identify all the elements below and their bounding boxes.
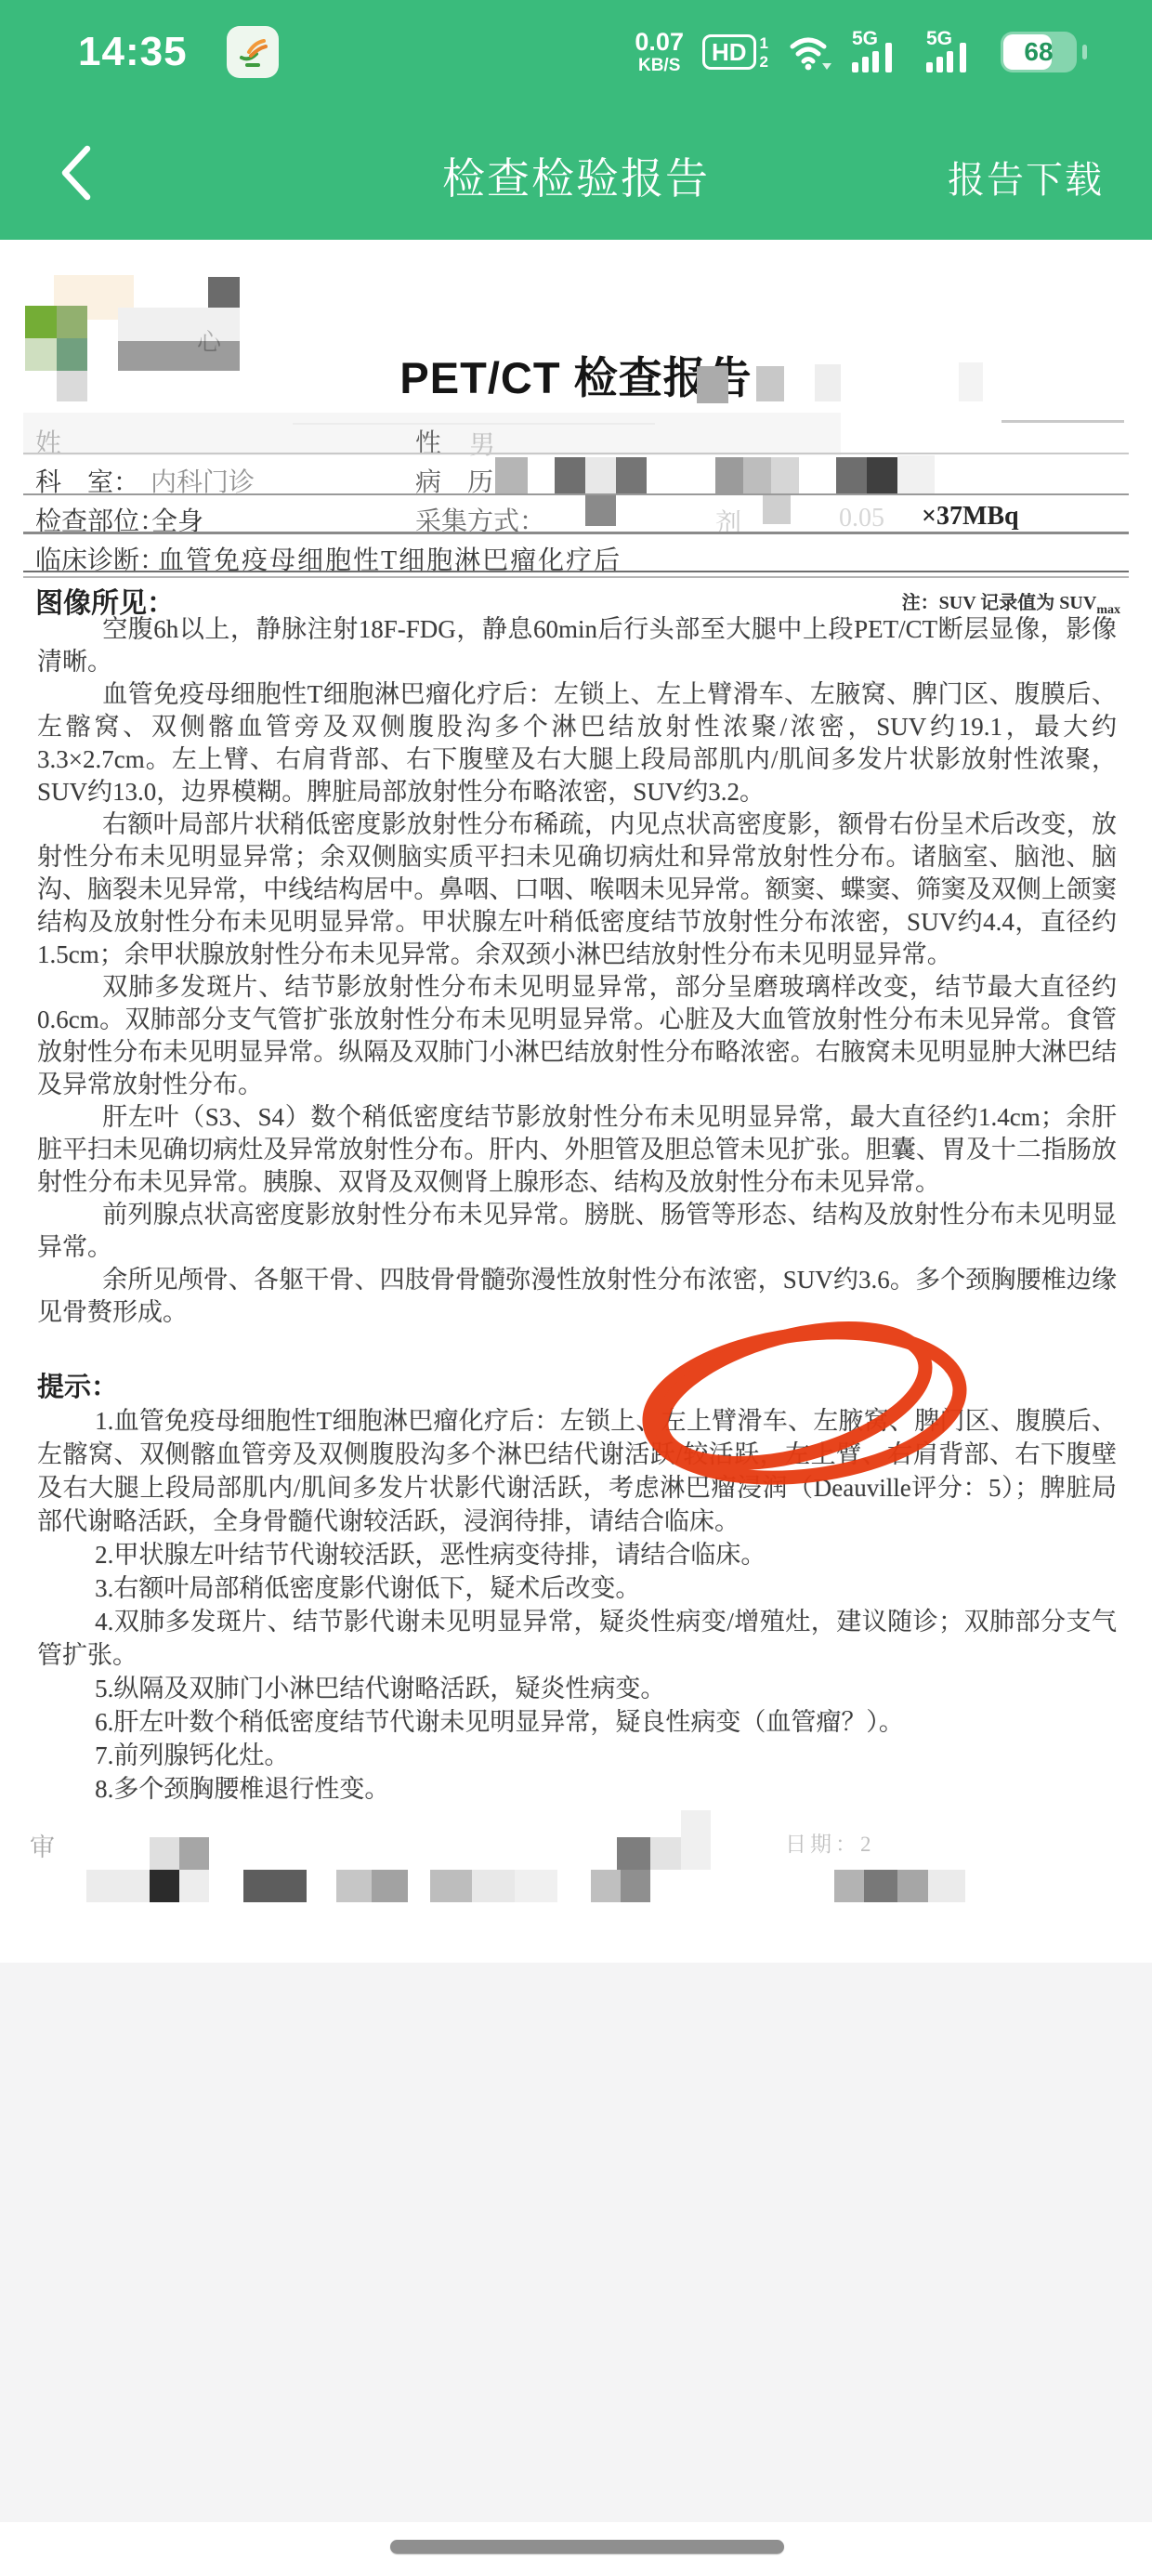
redacted-block: [179, 1870, 209, 1902]
report-page[interactable]: 心 PET/CT 检查报告 姓 性 男 科 室： 内科门诊 病 历: [0, 240, 1152, 1963]
redacted-block: [585, 494, 616, 526]
battery-icon: 68: [1001, 32, 1077, 72]
redacted-block: [897, 455, 935, 494]
wheat-logo-icon: [234, 33, 271, 71]
hospital-logo-leaf: [25, 306, 57, 338]
redacted-block: [208, 277, 240, 309]
finding-paragraph: 前列腺点状高密度影放射性分布未见异常。膀胱、肠管等形态、结构及放射性分布未见明显…: [37, 1199, 1117, 1264]
dose-value: ×37MBq: [922, 502, 1019, 532]
gender-label: 性: [415, 423, 441, 460]
redacted-block: [617, 1837, 650, 1870]
table-double-line: [23, 576, 1129, 578]
name-label: 姓: [35, 423, 61, 460]
finding-paragraph: 空腹6h以上，静脉注射18F-FDG，静息60min后行头部至大腿中上段PET/…: [37, 613, 1117, 678]
impression-item: 8.多个颈胸腰椎退行性变。: [37, 1772, 1117, 1806]
redacted-block: [867, 457, 897, 494]
redacted-block: [372, 1870, 408, 1902]
table-line: [1001, 420, 1124, 423]
reviewer-label: 审: [30, 1827, 55, 1863]
status-indicators: 0.07 KB/S HD 1 2 5G: [635, 30, 1087, 74]
redacted-block: [86, 1870, 150, 1902]
impression-item: 7.前列腺钙化灶。: [37, 1739, 1117, 1772]
gender-value: 男: [469, 425, 495, 462]
battery-percent: 68: [1001, 32, 1077, 72]
home-indicator[interactable]: [390, 2540, 784, 2554]
hd-voice-icon: HD 1 2: [702, 34, 768, 70]
table-line: [23, 453, 1129, 454]
impression-item: 5.纵隔及双肺门小淋巴结代谢略活跃，疑炎性病变。: [37, 1672, 1117, 1705]
redacted-block: [697, 366, 728, 403]
redacted-block: [179, 1837, 209, 1870]
redacted-block: [118, 308, 240, 341]
findings-body: 空腹6h以上，静脉注射18F-FDG，静息60min后行头部至大腿中上段PET/…: [37, 613, 1117, 1806]
finding-paragraph: 血管免疫母细胞性T细胞淋巴瘤化疗后：左锁上、左上臂滑车、左腋窝、脾门区、腹膜后、…: [37, 678, 1117, 808]
redacted-block: [864, 1870, 897, 1902]
redacted-block: [959, 362, 983, 401]
redacted-block: [715, 457, 743, 494]
finding-paragraph: 双肺多发斑片、结节影放射性分布未见明显异常，部分呈磨玻璃样改变，结节最大直径约0…: [37, 971, 1117, 1101]
network-speed: 0.07 KB/S: [635, 30, 684, 74]
wifi-icon: [787, 32, 833, 72]
app-notification-icon: [227, 26, 279, 78]
report-date-fragment: 日期：2: [785, 1827, 875, 1858]
redacted-block: [555, 457, 585, 494]
download-report-button[interactable]: 报告下载: [948, 151, 1104, 204]
redacted-block: [756, 366, 784, 401]
impression-item: 6.肝左叶数个稍低密度结节代谢未见明显异常，疑良性病变（血管瘤？）。: [37, 1705, 1117, 1739]
redacted-block: [621, 1870, 650, 1902]
acq-fragment: 剂: [715, 503, 741, 540]
acq-fragment: 0.05: [839, 504, 884, 533]
redacted-block: [150, 1837, 179, 1870]
redacted-block: [495, 457, 528, 494]
finding-paragraph: 肝左叶（S3、S4）数个稍低密度结节影放射性分布未见明显异常，最大直径约1.4c…: [37, 1101, 1117, 1199]
redacted-block: [834, 1870, 864, 1902]
redacted-block: [430, 1870, 472, 1902]
redacted-block: [585, 457, 616, 494]
impression-item: 2.甲状腺左叶结节代谢较活跃，恶性病变待排，请结合临床。: [37, 1538, 1117, 1571]
redacted-block: [515, 1870, 557, 1902]
impression-item: 3.右额叶局部稍低密度影代谢低下，疑术后改变。: [37, 1571, 1117, 1605]
redacted-block: [243, 1870, 307, 1902]
nav-bar: 检查检验报告 报告下载: [0, 104, 1152, 240]
redacted-block: [928, 1870, 965, 1902]
redacted-block: [771, 457, 799, 494]
redacted-block: [591, 1870, 621, 1902]
signal-sim2-icon: 5G: [926, 30, 982, 74]
table-double-line: [23, 571, 1129, 572]
finding-paragraph: 余所见颅骨、各躯干骨、四肢骨骨髓弥漫性放射性分布浓密，SUV约3.6。多个颈胸腰…: [37, 1264, 1117, 1329]
redacted-block: [472, 1870, 515, 1902]
redacted-block: [743, 457, 771, 494]
table-line: [23, 532, 1129, 534]
signal-sim1-icon: 5G: [852, 30, 908, 74]
redacted-block: [336, 1870, 372, 1902]
page-background: [0, 1963, 1152, 2522]
battery-nub: [1082, 45, 1087, 59]
redacted-block: [815, 364, 841, 401]
redacted-block: [763, 494, 791, 524]
phone-screen: 14:35 0.07 KB/S HD 1 2: [0, 0, 1152, 2576]
redacted-block: [616, 457, 647, 494]
table-line: [23, 493, 1129, 495]
impression-heading: 提示：: [37, 1372, 1117, 1404]
redacted-block: [57, 306, 87, 338]
redacted-block: [681, 1810, 711, 1870]
redacted-block: [836, 457, 867, 494]
system-bottom-bar: [0, 2522, 1152, 2576]
impression-item: 4.双肺多发斑片、结节影代谢未见明显异常，疑炎性病变/增殖灶，建议随诊；双肺部分…: [37, 1605, 1117, 1672]
impression-item: 1.血管免疫母细胞性T细胞淋巴瘤化疗后：左锁上、左上臂滑车、左腋窝、脾门区、腹膜…: [37, 1404, 1117, 1538]
status-bar: 14:35 0.07 KB/S HD 1 2: [0, 0, 1152, 104]
redacted-block: [897, 1870, 928, 1902]
finding-paragraph: 右额叶局部片状稍低密度影放射性分布稀疏，内见点状高密度影，额骨右份呈术后改变，放…: [37, 808, 1117, 971]
redacted-block: [150, 1870, 179, 1902]
clock: 14:35: [78, 29, 188, 75]
redacted-block: [650, 1837, 681, 1870]
